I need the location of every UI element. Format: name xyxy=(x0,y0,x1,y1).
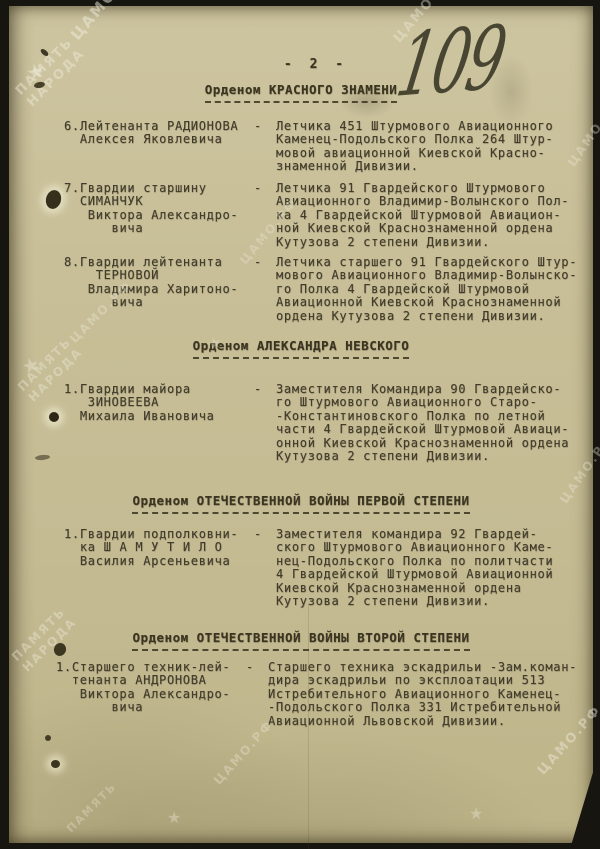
scanned-page: - 2 - 109 Орденом КРАСНОГО ЗНАМЕНИ 6.Лей… xyxy=(0,0,600,849)
award-entry: 1.Гвардии подполковни- ка Ш А М У Т И Л … xyxy=(64,528,586,608)
separator-dash: - xyxy=(254,383,276,396)
separator-dash: - xyxy=(254,256,276,269)
award-entry: 1.Старшего техник-лей- тенанта АНДРОНОВА… xyxy=(56,661,578,728)
paper-hole-mark xyxy=(35,454,50,460)
award-description: Летчика 451 Штурмового Авиационного Каме… xyxy=(276,120,586,174)
page-number: - 2 - xyxy=(24,57,600,72)
recipient-name: 6.Лейтенанта РАДИОНОВА Алексея Яковлевич… xyxy=(64,120,254,147)
separator-dash: - xyxy=(254,182,276,195)
section-heading-alexander-nevsky: Орденом АЛЕКСАНДРА НЕВСКОГО xyxy=(193,338,410,359)
award-entry: 8.Гвардии лейтенанта ТЕРНОВОЙ Владимира … xyxy=(64,256,586,323)
paper-hole-mark xyxy=(51,760,60,768)
section-heading-patriotic-war-first-class: Орденом ОТЕЧЕСТВЕННОЙ ВОЙНЫ ПЕРВОЙ СТЕПЕ… xyxy=(132,493,469,514)
paper-crease xyxy=(308,604,309,849)
archive-watermark: ПАМЯТЬ xyxy=(64,780,120,836)
award-entry: 7.Гвардии старшину СИМАНЧУК Виктора Алек… xyxy=(64,182,586,249)
recipient-name: 1.Гвардии майора ЗИНОВЕЕВА Михаила Ивано… xyxy=(64,383,254,423)
award-entry: 6.Лейтенанта РАДИОНОВА Алексея Яковлевич… xyxy=(64,120,586,174)
paper-hole-mark xyxy=(39,48,49,58)
paper: - 2 - 109 Орденом КРАСНОГО ЗНАМЕНИ 6.Лей… xyxy=(9,6,593,843)
paper-hole-mark xyxy=(49,412,59,422)
separator-dash: - xyxy=(254,528,276,541)
recipient-name: 8.Гвардии лейтенанта ТЕРНОВОЙ Владимира … xyxy=(64,256,254,310)
award-description: Летчика 91 Гвардейского Штурмового Авиац… xyxy=(276,182,586,249)
separator-dash: - xyxy=(246,661,268,674)
award-description: Летчика старшего 91 Гвардейского Штур- м… xyxy=(276,256,586,323)
award-entry: 1.Гвардии майора ЗИНОВЕЕВА Михаила Ивано… xyxy=(64,383,586,463)
section-heading-row: Орденом ОТЕЧЕСТВЕННОЙ ВОЙНЫ ПЕРВОЙ СТЕПЕ… xyxy=(9,490,593,514)
award-description: Заместителя Командира 90 Гвардейско- го … xyxy=(276,383,586,463)
award-description: Заместителя командира 92 Гвардей- ского … xyxy=(276,528,586,608)
star-watermark-icon: ★ xyxy=(469,804,485,824)
archive-watermark: ЦАМО xyxy=(67,0,121,44)
recipient-name: 1.Гвардии подполковни- ка Ш А М У Т И Л … xyxy=(64,528,254,568)
star-watermark-icon: ★ xyxy=(167,808,183,828)
section-heading-patriotic-war-second-class: Орденом ОТЕЧЕСТВЕННОЙ ВОЙНЫ ВТОРОЙ СТЕПЕ… xyxy=(132,630,469,651)
award-description: Старшего техника эскадрильи -Зам.коман- … xyxy=(268,661,578,728)
recipient-name: 1.Старшего техник-лей- тенанта АНДРОНОВА… xyxy=(56,661,246,715)
section-heading-row: Орденом ОТЕЧЕСТВЕННОЙ ВОЙНЫ ВТОРОЙ СТЕПЕ… xyxy=(9,627,593,651)
section-heading-row: Орденом КРАСНОГО ЗНАМЕНИ xyxy=(9,79,593,103)
section-heading-red-banner: Орденом КРАСНОГО ЗНАМЕНИ xyxy=(205,82,398,103)
paper-hole-mark xyxy=(44,188,63,210)
section-heading-row: Орденом АЛЕКСАНДРА НЕВСКОГО xyxy=(9,335,593,359)
separator-dash: - xyxy=(254,120,276,133)
paper-hole-mark xyxy=(45,735,51,741)
recipient-name: 7.Гвардии старшину СИМАНЧУК Виктора Алек… xyxy=(64,182,254,236)
